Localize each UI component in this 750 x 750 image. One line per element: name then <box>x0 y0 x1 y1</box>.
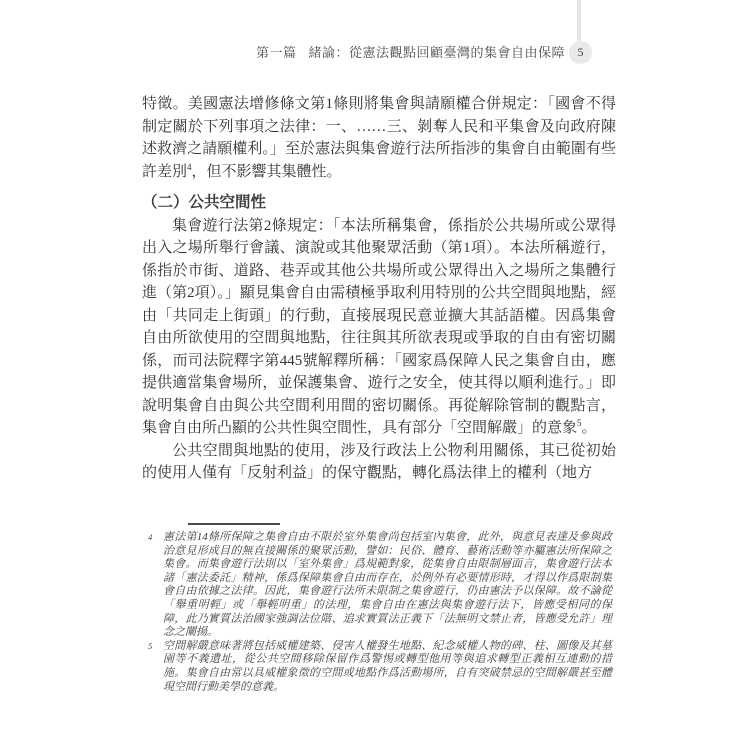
paragraph-3: 公共空間與地點的使用，涉及行政法上公物利用關係，其已從初始的使用人僅有「反射利益… <box>142 440 616 485</box>
footnote-5-text: 空間解嚴意味著將包括威權建築、侵害人權發生地點、紀念威權人物的碑、柱、圖像及其墓… <box>163 640 612 693</box>
paragraph-2-text: 集會遊行法第2條規定：「本法所稱集會，係指於公共場所或公眾得出入之場所舉行會議、… <box>142 218 616 437</box>
running-header: 第一篇緒論：從憲法觀點回顧臺灣的集會自由保障 <box>256 42 565 61</box>
part-label: 第一篇 <box>256 45 297 60</box>
footnote-separator <box>188 523 280 525</box>
footnote-4-text: 憲法第14條所保障之集會自由不限於室外集會尚包括室內集會，此外，與意見表達及參與… <box>163 531 612 638</box>
footnote-5: 5 空間解嚴意味著將包括威權建築、侵害人權發生地點、紀念威權人物的碑、柱、圖像及… <box>146 640 612 694</box>
paragraph-1-text-end: ，但不影響其集體性。 <box>192 164 342 180</box>
footnote-4-marker: 4 <box>148 531 152 543</box>
book-page: 5 第一篇緒論：從憲法觀點回顧臺灣的集會自由保障 特徵。美國憲法增修條文第1條則… <box>0 0 750 750</box>
footnote-4: 4 憲法第14條所保障之集會自由不限於室外集會尚包括室內集會，此外，與意見表達及… <box>146 531 612 640</box>
page-body: 特徵。美國憲法增修條文第1條則將集會與請願權合併規定：「國會不得制定關於下列事項… <box>142 93 616 485</box>
paragraph-continuation: 特徵。美國憲法增修條文第1條則將集會與請願權合併規定：「國會不得制定關於下列事項… <box>142 93 616 183</box>
chapter-title: 緒論：從憲法觀點回顧臺灣的集會自由保障 <box>308 45 565 60</box>
paragraph-2: 集會遊行法第2條規定：「本法所稱集會，係指於公共場所或公眾得出入之場所舉行會議、… <box>142 215 616 440</box>
page-number: 5 <box>578 45 584 60</box>
section-heading: （二）公共空間性 <box>142 192 616 215</box>
header-vertical-rule <box>577 0 581 41</box>
page-number-badge: 5 <box>569 41 592 64</box>
footnote-5-marker: 5 <box>148 640 152 652</box>
paragraph-2-text-end: 。 <box>582 420 597 436</box>
footnotes-block: 4 憲法第14條所保障之集會自由不限於室外集會尚包括室內集會，此外，與意見表達及… <box>146 531 612 694</box>
